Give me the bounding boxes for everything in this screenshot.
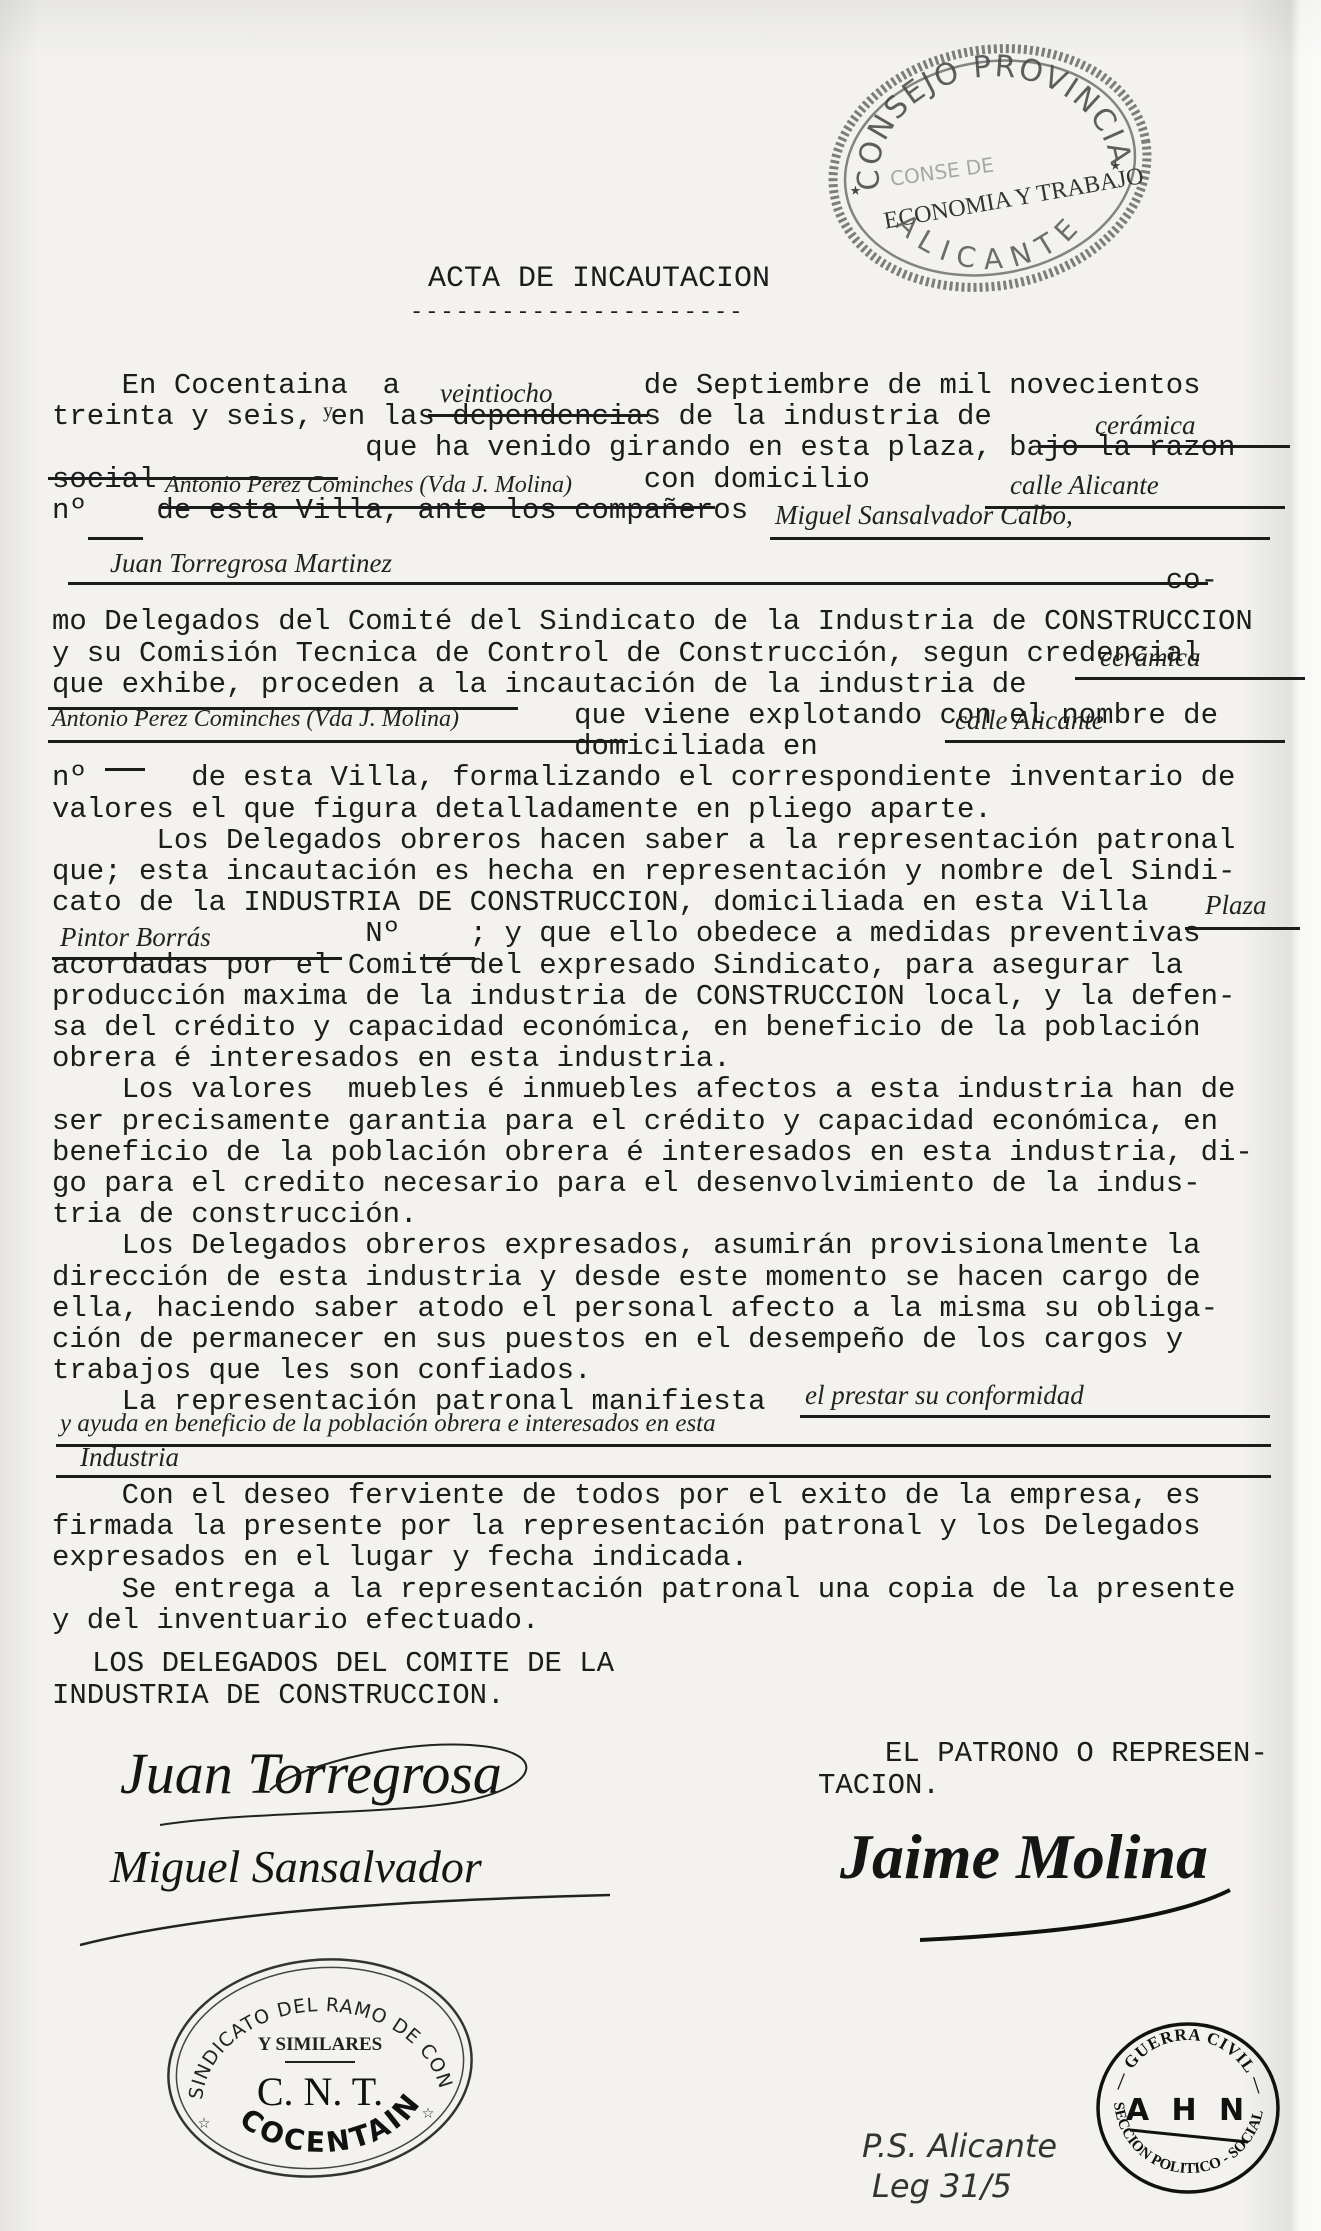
handwritten-domiciliada: calle Alicante: [955, 705, 1104, 736]
fill-line-domiciliada: [945, 740, 1285, 743]
body-line: Los valores muebles é inmuebles afectos …: [52, 1074, 1235, 1105]
body-line: Con el deseo ferviente de todos por el e…: [52, 1480, 1201, 1511]
body-line: ella, haciendo saber atodo el personal a…: [52, 1293, 1218, 1324]
body-line: trabajos que les son confiados.: [52, 1355, 592, 1386]
stamp-seal-icon: SINDICATO DEL RAMO DE CONSTRUCCION Y SIM…: [160, 1950, 480, 2180]
svg-text:☆: ☆: [198, 2112, 210, 2135]
signature-underline-icon: [70, 1880, 630, 1950]
fill-line-manifiesta-1: [800, 1415, 1270, 1418]
body-line: Los Delegados obreros hacen saber a la r…: [52, 825, 1235, 856]
handwritten-companero-2: Juan Torregrosa Martinez: [110, 548, 392, 579]
fill-line-razon: [160, 506, 715, 509]
handwritten-industry-2: cerámica: [1100, 642, 1200, 673]
fill-line-industry-2: [1075, 677, 1305, 680]
fill-line-numero: [88, 537, 143, 540]
body-line: cato de la INDUSTRIA DE CONSTRUCCION, do…: [52, 887, 1148, 918]
svg-text:A H N: A H N: [1126, 2093, 1250, 2128]
fill-line-villa-2: [52, 957, 342, 960]
svg-text:Y SIMILARES: Y SIMILARES: [258, 2034, 382, 2055]
ahn-stamp: — GUERRA CIVIL — A H N SECCION POLITICO …: [1092, 2018, 1284, 2198]
body-line: expresados en el lugar y fecha indicada.: [52, 1542, 748, 1573]
handwritten-domicilio: calle Alicante: [1010, 470, 1159, 501]
fill-line-companero-2: [68, 582, 1208, 585]
svg-text:★: ★: [850, 181, 861, 201]
body-line: y su Comisión Tecnica de Control de Cons…: [52, 638, 1201, 669]
handwritten-manifiesta-2: y ayuda en beneficio de la población obr…: [60, 1410, 716, 1438]
fill-line-numero-2: [105, 768, 145, 771]
cnt-stamp: SINDICATO DEL RAMO DE CONSTRUCCION Y SIM…: [160, 1950, 480, 2180]
svg-text:— GUERRA CIVIL —: — GUERRA CIVIL —: [1107, 2025, 1269, 2097]
body-line: nº de esta Villa, ante los compañeros: [52, 495, 748, 526]
body-line: mo Delegados del Comité del Sindicato de…: [52, 606, 1253, 637]
fill-line-industry: [1040, 445, 1290, 448]
archive-reference-line-2: Leg 31/5: [872, 2168, 1012, 2204]
delegados-heading-2: INDUSTRIA DE CONSTRUCCION.: [52, 1680, 504, 1711]
body-line: y del inventuario efectuado.: [52, 1605, 539, 1636]
handwritten-razon-social: Antonio Perez Cominches (Vda J. Molina): [165, 472, 572, 499]
consejo-provincial-stamp: CONSEJO PROVINCIAL CONSE DE ECONOMIA Y T…: [820, 40, 1160, 300]
title-underline: ----------------------: [410, 300, 744, 325]
body-line: firmada la presente por la representació…: [52, 1511, 1201, 1542]
body-line: domiciliada en: [52, 731, 818, 762]
body-line: Se entrega a la representación patronal …: [52, 1574, 1235, 1605]
document-title: ACTA DE INCAUTACION: [428, 262, 770, 296]
body-line: obrera é interesados en esta industria.: [52, 1043, 731, 1074]
handwritten-nombre: Antonio Perez Cominches (Vda J. Molina): [52, 706, 459, 733]
fill-line-nombre: [48, 740, 628, 743]
body-line: tria de construcción.: [52, 1199, 417, 1230]
body-line: ción de permanecer en sus puestos en el …: [52, 1324, 1183, 1355]
fill-line-manifiesta-3: [56, 1475, 1271, 1478]
body-line: En Cocentaina a de Septiembre de mil nov…: [52, 370, 1201, 401]
handwritten-y-insert: y: [323, 400, 333, 423]
body-line: nº de esta Villa, formalizando el corres…: [52, 762, 1235, 793]
archive-reference-line-1: P.S. Alicante: [862, 2128, 1057, 2164]
fill-line-manifiesta-2: [56, 1444, 1271, 1447]
svg-text:★: ★: [1110, 156, 1121, 176]
delegados-heading-1: LOS DELEGADOS DEL COMITE DE LA: [92, 1648, 614, 1679]
patrono-heading-1: EL PATRONO O REPRESEN-: [885, 1738, 1268, 1769]
body-line: dirección de esta industria y desde este…: [52, 1262, 1201, 1293]
body-line: acordadas por el Comité del expresado Si…: [52, 950, 1183, 981]
patrono-heading-2: TACION.: [818, 1770, 940, 1801]
handwritten-villa-2: Pintor Borrás: [60, 922, 211, 953]
handwritten-day: veintiocho: [440, 378, 552, 409]
svg-text:CONSE DE: CONSE DE: [889, 153, 996, 191]
fill-line-day: [428, 414, 648, 417]
body-line: ser precisamente garantia para el crédit…: [52, 1106, 1218, 1137]
fill-line-villa: [1185, 927, 1300, 930]
fill-line-numero-3: [420, 957, 475, 960]
svg-text:C. N. T.: C. N. T.: [257, 2069, 383, 2114]
handwritten-manifiesta-3: Industria: [80, 1442, 179, 1473]
body-line: que exhibe, proceden a la incautación de…: [52, 669, 1027, 700]
fill-line-companeros: [770, 537, 1270, 540]
body-line: go para el credito necesario para el des…: [52, 1168, 1201, 1199]
body-line: sa del crédito y capacidad económica, en…: [52, 1012, 1201, 1043]
signature-patrono-underline-icon: [900, 1880, 1260, 1960]
body-line: valores el que figura detalladamente en …: [52, 794, 992, 825]
handwritten-villa-1: Plaza: [1205, 890, 1267, 921]
body-line: que; esta incautación es hecha en repres…: [52, 856, 1235, 887]
body-line: Los Delegados obreros expresados, asumir…: [52, 1230, 1201, 1261]
body-line: Nº ; y que ello obedece a medidas preven…: [52, 918, 1201, 949]
handwritten-industry: cerámica: [1095, 410, 1195, 441]
stamp-seal-icon: CONSEJO PROVINCIAL CONSE DE ECONOMIA Y T…: [820, 40, 1160, 300]
signature-flourish-icon: [140, 1730, 560, 1850]
handwritten-manifiesta-1: el prestar su conformidad: [805, 1380, 1084, 1411]
body-line: beneficio de la población obrera é inter…: [52, 1137, 1253, 1168]
body-line: producción maxima de la industria de CON…: [52, 981, 1235, 1012]
handwritten-companero-1: Miguel Sansalvador Calbo,: [775, 500, 1073, 531]
stamp-seal-icon: — GUERRA CIVIL — A H N SECCION POLITICO …: [1092, 2018, 1284, 2198]
